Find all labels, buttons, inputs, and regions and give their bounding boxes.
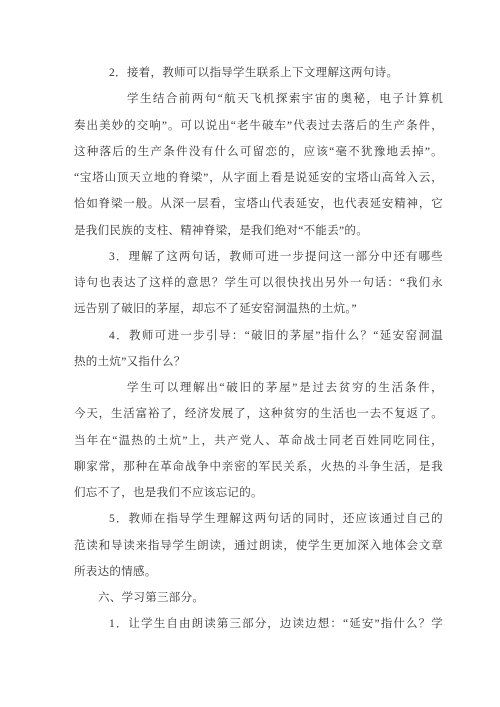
text-line: 热的土炕”又指什么？ [74,349,443,375]
text-line: 这种落后的生产条件没有什么可留恋的，应该“毫不犹豫地丢掉”。 [74,139,443,165]
text-line: 3．理解了这两句话，教师可进一步提问这一部分中还有哪些 [74,244,443,270]
paragraph: 1．让学生自由朗读第三部分，边读边想：“延安”指什么？学 [74,611,443,637]
text-line: 远告别了破旧的茅屋，却忘不了延安窑洞温热的土炕。” [74,296,443,322]
document-page: 2．接着，教师可以指导学生联系上下文理解这两句诗。 学生结合前两句“航天飞机探索… [0,0,500,707]
text-line: 六、学习第三部分。 [74,585,443,611]
text-line: 诗句也表达了这样的意思？学生可以很快找出另外一句话：“我们永 [74,270,443,296]
text-line: 是我们民族的支柱、精神脊梁，是我们绝对“不能丢”的。 [74,218,443,244]
text-line: 奏出美妙的交响”。可以说出“老牛破车”代表过去落后的生产条件， [74,113,443,139]
text-line: 2．接着，教师可以指导学生联系上下文理解这两句诗。 [74,60,443,86]
text-line: 们忘不了，也是我们不应该忘记的。 [74,480,443,506]
text-line: 今天，生活富裕了，经济发展了，这种贫穷的生活也一去不复返了。 [74,401,443,427]
text-line: 5．教师在指导学生理解这两句话的同时，还应该通过自己的 [74,506,443,532]
text-line: 1．让学生自由朗读第三部分，边读边想：“延安”指什么？学 [74,611,443,637]
paragraph: 2．接着，教师可以指导学生联系上下文理解这两句诗。 [74,60,443,86]
text-line: 学生结合前两句“航天飞机探索宇宙的奥秘，电子计算机 [74,86,443,112]
text-line: 范读和导读来指导学生朗读，通过朗读，使学生更加深入地体会文章 [74,533,443,559]
text-line: “宝塔山顶天立地的脊梁”，从字面上看是说延安的宝塔山高耸入云， [74,165,443,191]
paragraph: 学生结合前两句“航天飞机探索宇宙的奥秘，电子计算机 奏出美妙的交响”。可以说出“… [74,86,443,244]
text-line: 聊家常，那种在革命战争中亲密的军民关系，火热的斗争生活，是我 [74,454,443,480]
paragraph: 3．理解了这两句话，教师可进一步提问这一部分中还有哪些 诗句也表达了这样的意思？… [74,244,443,323]
paragraph: 4．教师可进一步引导：“破旧的茅屋”指什么？“延安窑洞温 热的土炕”又指什么？ [74,323,443,376]
text-line: 4．教师可进一步引导：“破旧的茅屋”指什么？“延安窑洞温 [74,323,443,349]
text-line: 恰如脊梁一般。从深一层看，宝塔山代表延安，也代表延安精神，它 [74,191,443,217]
text-line: 学生可以理解出“破旧的茅屋”是过去贫穷的生活条件， [74,375,443,401]
document-content: 2．接着，教师可以指导学生联系上下文理解这两句诗。 学生结合前两句“航天飞机探索… [74,60,443,638]
section-heading: 六、学习第三部分。 [74,585,443,611]
text-line: 当年在“温热的土炕”上，共产党人、革命战士同老百姓同吃同住， [74,428,443,454]
text-line: 所表达的情感。 [74,559,443,585]
paragraph: 学生可以理解出“破旧的茅屋”是过去贫穷的生活条件， 今天，生活富裕了，经济发展了… [74,375,443,506]
paragraph: 5．教师在指导学生理解这两句话的同时，还应该通过自己的 范读和导读来指导学生朗读… [74,506,443,585]
